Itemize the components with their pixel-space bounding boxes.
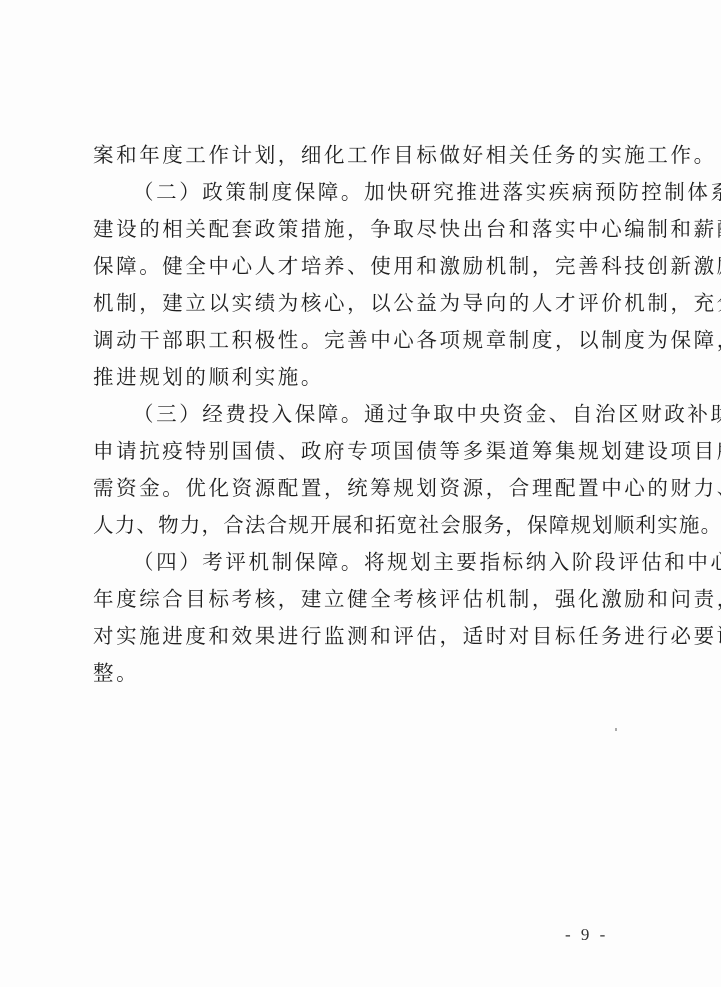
section-4-line-4: 整。 (93, 655, 645, 692)
paragraph-continuation-line: 案和年度工作计划，细化工作目标做好相关任务的实施工作。 (93, 137, 645, 174)
section-2-line-4: 机制，建立以实绩为核心，以公益为导向的人才评价机制，充分 (93, 285, 645, 322)
section-4-line-1: （四）考评机制保障。将规划主要指标纳入阶段评估和中心 (93, 544, 645, 581)
section-2-line-5: 调动干部职工积极性。完善中心各项规章制度，以制度为保障， (93, 322, 645, 359)
section-3-line-3: 需资金。优化资源配置，统筹规划资源，合理配置中心的财力、 (93, 470, 645, 507)
scan-speck (615, 728, 617, 731)
page-number: - 9 - (565, 925, 608, 945)
section-3-line-4: 人力、物力，合法合规开展和拓宽社会服务，保障规划顺利实施。 (93, 507, 645, 544)
section-2-line-3: 保障。健全中心人才培养、使用和激励机制，完善科技创新激励 (93, 248, 645, 285)
section-2-line-2: 建设的相关配套政策措施，争取尽快出台和落实中心编制和薪酬 (93, 211, 645, 248)
section-4-line-2: 年度综合目标考核，建立健全考核评估机制，强化激励和问责， (93, 581, 645, 618)
section-2-line-6: 推进规划的顺利实施。 (93, 359, 645, 396)
section-2-line-1: （二）政策制度保障。加快研究推进落实疾病预防控制体系 (93, 174, 645, 211)
section-4-line-3: 对实施进度和效果进行监测和评估，适时对目标任务进行必要调 (93, 618, 645, 655)
section-3-line-2: 申请抗疫特别国债、政府专项国债等多渠道筹集规划建设项目所 (93, 433, 645, 470)
document-page: 案和年度工作计划，细化工作目标做好相关任务的实施工作。 （二）政策制度保障。加快… (0, 0, 721, 987)
body-text: 案和年度工作计划，细化工作目标做好相关任务的实施工作。 （二）政策制度保障。加快… (93, 137, 645, 692)
section-3-line-1: （三）经费投入保障。通过争取中央资金、自治区财政补助， (93, 396, 645, 433)
